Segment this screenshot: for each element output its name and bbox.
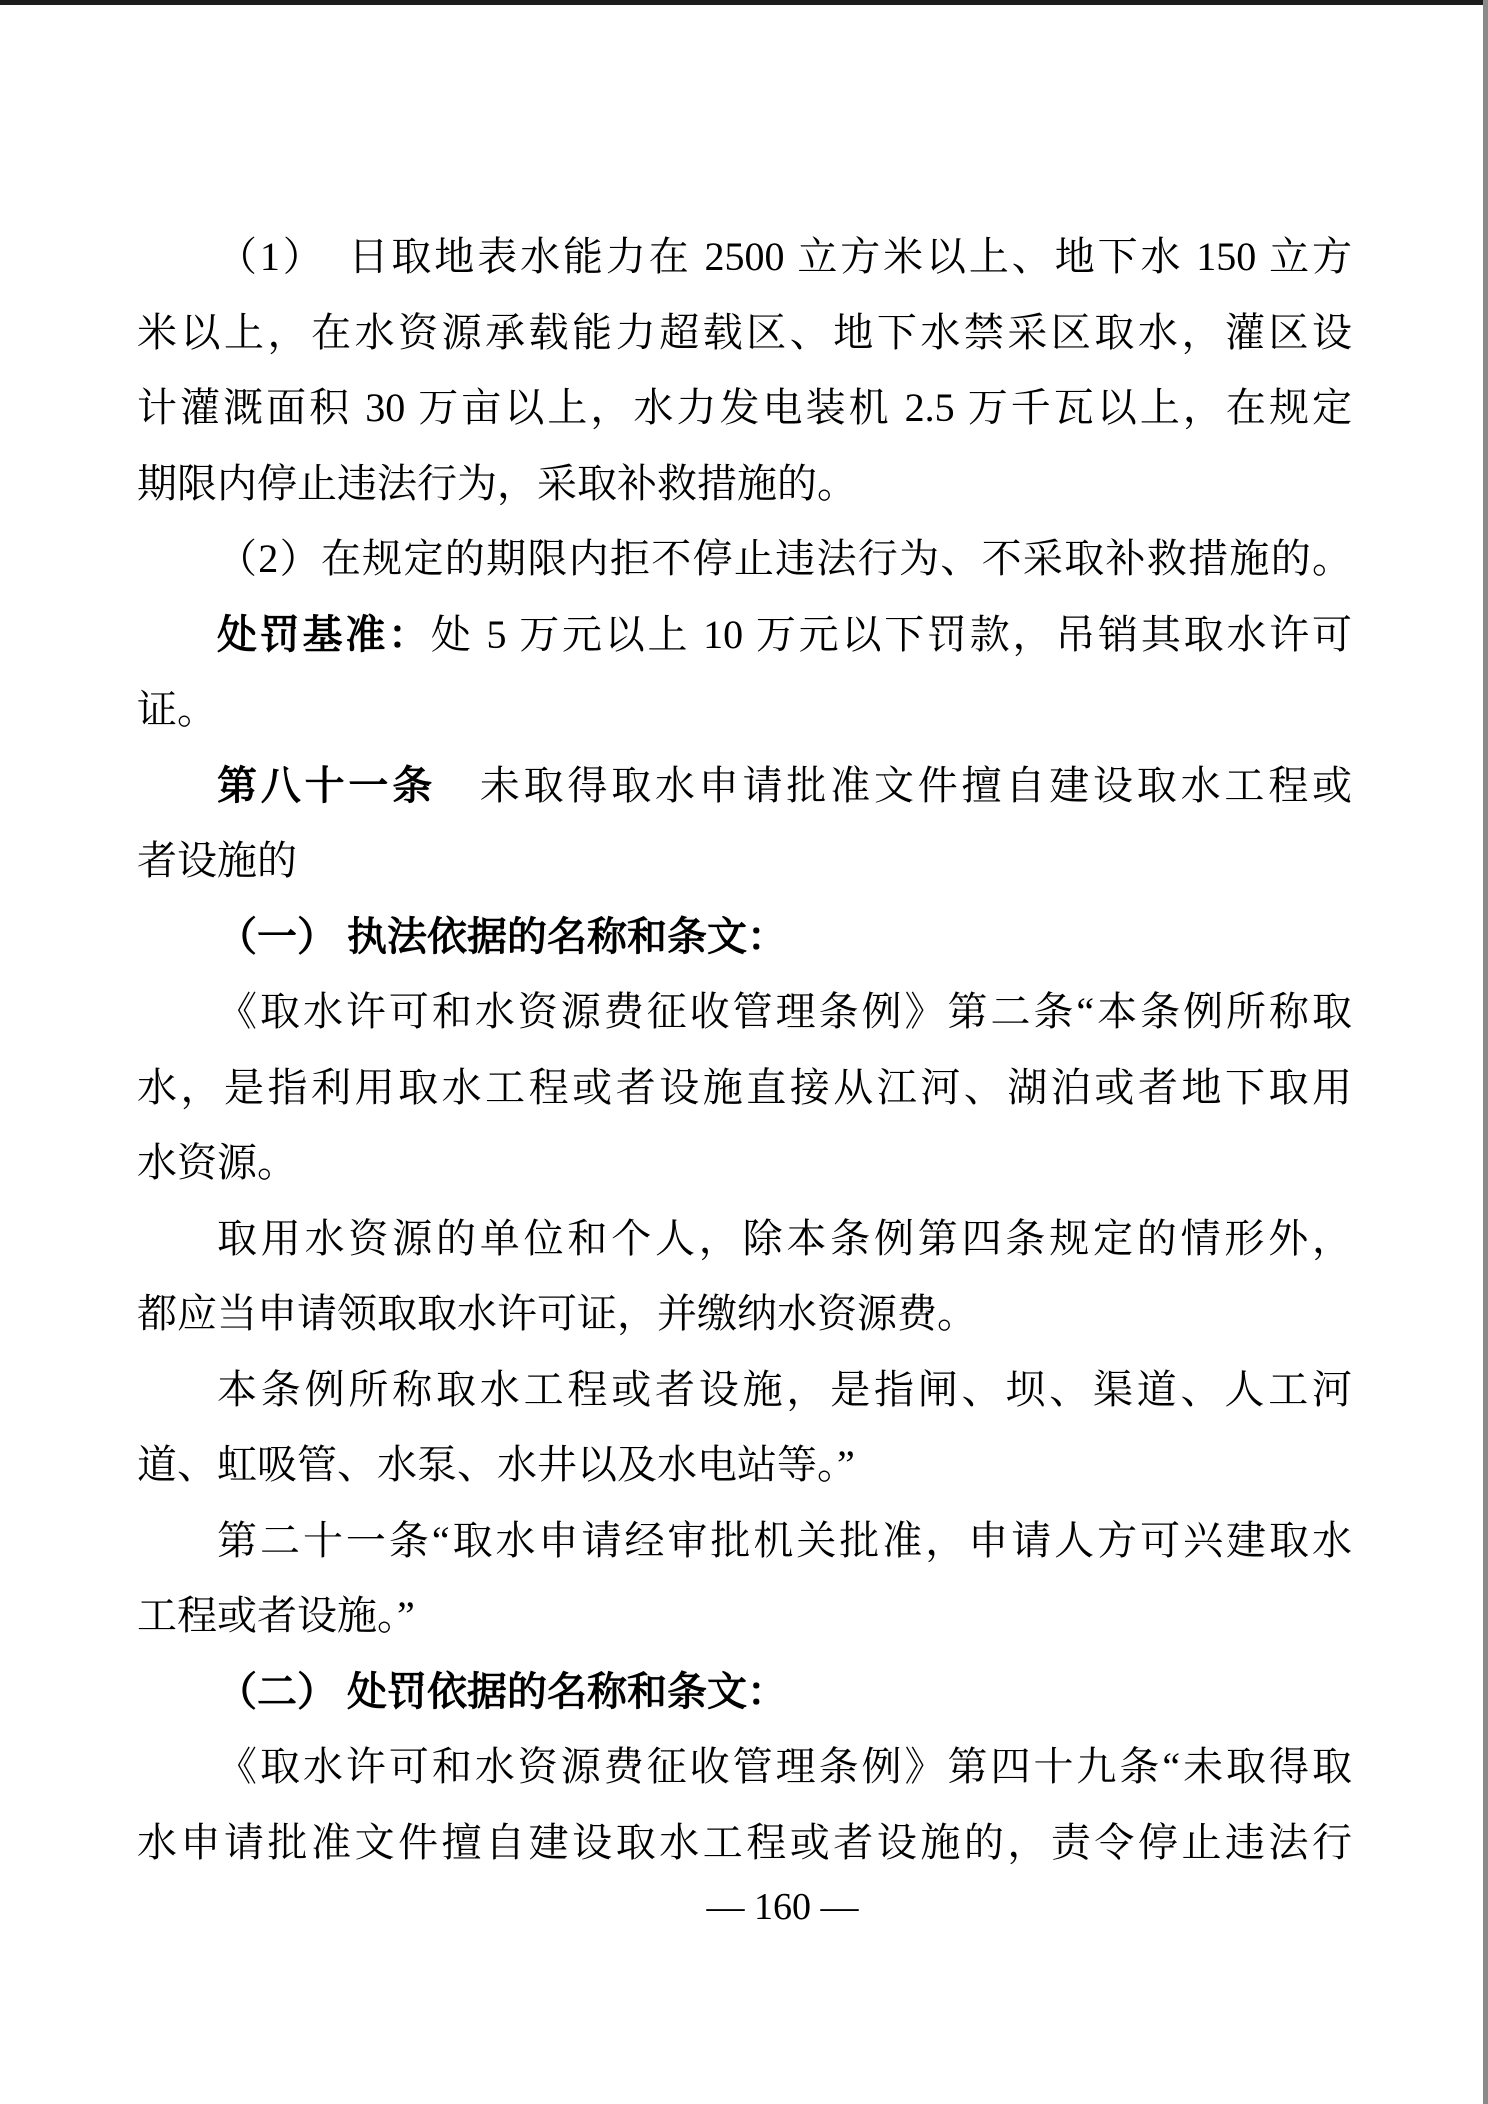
body-text: （一） 执法依据的名称和条文： <box>217 914 787 959</box>
body-text: 本条例所称取水工程或者设施，是指闸、坝、渠道、人工河 <box>217 1367 1352 1412</box>
body-text: 取用水资源的单位和个人，除本条例第四条规定的情形外， <box>217 1216 1352 1261</box>
page-number: — 160 — <box>707 1886 859 1928</box>
emphasis-text: 第八十一条 <box>217 763 436 808</box>
text-line: 道、虹吸管、水泵、水井以及水电站等。” <box>137 1427 1352 1503</box>
document-page: （1） 日取地表水能力在 2500 立方米以上、地下水 150 立方米以上，在水… <box>0 0 1488 2104</box>
body-text: 《取水许可和水资源费征收管理条例》第二条“本条例所称取 <box>217 989 1352 1034</box>
body-text: 处 5 万元以上 10 万元以下罚款，吊销其取水许可 <box>431 612 1352 657</box>
text-line: （一） 执法依据的名称和条文： <box>137 899 1352 975</box>
body-text: 工程或者设施。” <box>137 1593 415 1638</box>
body-text: 道、虹吸管、水泵、水井以及水电站等。” <box>137 1442 855 1487</box>
body-text: 计灌溉面积 30 万亩以上，水力发电装机 2.5 万千瓦以上，在规定 <box>137 385 1352 430</box>
text-line: 第二十一条“取水申请经审批机关批准，申请人方可兴建取水 <box>137 1503 1352 1579</box>
text-line: （2）在规定的期限内拒不停止违法行为、不采取补救措施的。 <box>137 521 1352 597</box>
text-line: 都应当申请领取取水许可证，并缴纳水资源费。 <box>137 1276 1352 1352</box>
body-text: 水资源。 <box>137 1140 297 1185</box>
body-text: 第二十一条“取水申请经审批机关批准，申请人方可兴建取水 <box>217 1518 1352 1563</box>
text-line: 本条例所称取水工程或者设施，是指闸、坝、渠道、人工河 <box>137 1352 1352 1428</box>
page-footer: — 160 — <box>175 1882 1390 1932</box>
text-line: 水申请批准文件擅自建设取水工程或者设施的，责令停止违法行 <box>137 1805 1352 1881</box>
page-top-edge <box>0 0 1488 5</box>
text-line: 第八十一条 未取得取水申请批准文件擅自建设取水工程或 <box>137 748 1352 824</box>
text-line: 期限内停止违法行为，采取补救措施的。 <box>137 446 1352 522</box>
text-line: 者设施的 <box>137 823 1352 899</box>
body-text: 水申请批准文件擅自建设取水工程或者设施的，责令停止违法行 <box>137 1820 1352 1865</box>
body-text: 《取水许可和水资源费征收管理条例》第四十九条“未取得取 <box>217 1744 1352 1789</box>
document-body: （1） 日取地表水能力在 2500 立方米以上、地下水 150 立方米以上，在水… <box>137 219 1352 1880</box>
page-right-edge <box>1483 0 1488 2104</box>
body-text: 水，是指利用取水工程或者设施直接从江河、湖泊或者地下取用 <box>137 1065 1352 1110</box>
text-line: 计灌溉面积 30 万亩以上，水力发电装机 2.5 万千瓦以上，在规定 <box>137 370 1352 446</box>
text-line: 工程或者设施。” <box>137 1578 1352 1654</box>
text-line: 《取水许可和水资源费征收管理条例》第二条“本条例所称取 <box>137 974 1352 1050</box>
body-text: 证。 <box>137 687 217 732</box>
text-line: 处罚基准：处 5 万元以上 10 万元以下罚款，吊销其取水许可 <box>137 597 1352 673</box>
body-text: 者设施的 <box>137 838 297 883</box>
emphasis-text: 处罚基准： <box>217 612 431 657</box>
text-line: （1） 日取地表水能力在 2500 立方米以上、地下水 150 立方 <box>137 219 1352 295</box>
body-text: （1） 日取地表水能力在 2500 立方米以上、地下水 150 立方 <box>217 234 1352 279</box>
body-text: 米以上，在水资源承载能力超载区、地下水禁采区取水，灌区设 <box>137 310 1352 355</box>
body-text: 期限内停止违法行为，采取补救措施的。 <box>137 461 857 506</box>
body-text: （二） 处罚依据的名称和条文： <box>217 1669 787 1714</box>
text-line: 证。 <box>137 672 1352 748</box>
text-line: 取用水资源的单位和个人，除本条例第四条规定的情形外， <box>137 1201 1352 1277</box>
body-text: 都应当申请领取取水许可证，并缴纳水资源费。 <box>137 1291 977 1336</box>
text-line: 米以上，在水资源承载能力超载区、地下水禁采区取水，灌区设 <box>137 295 1352 371</box>
text-line: 《取水许可和水资源费征收管理条例》第四十九条“未取得取 <box>137 1729 1352 1805</box>
body-text: 未取得取水申请批准文件擅自建设取水工程或 <box>436 763 1352 808</box>
text-line: 水，是指利用取水工程或者设施直接从江河、湖泊或者地下取用 <box>137 1050 1352 1126</box>
body-text: （2）在规定的期限内拒不停止违法行为、不采取补救措施的。 <box>217 536 1352 581</box>
text-line: 水资源。 <box>137 1125 1352 1201</box>
text-line: （二） 处罚依据的名称和条文： <box>137 1654 1352 1730</box>
